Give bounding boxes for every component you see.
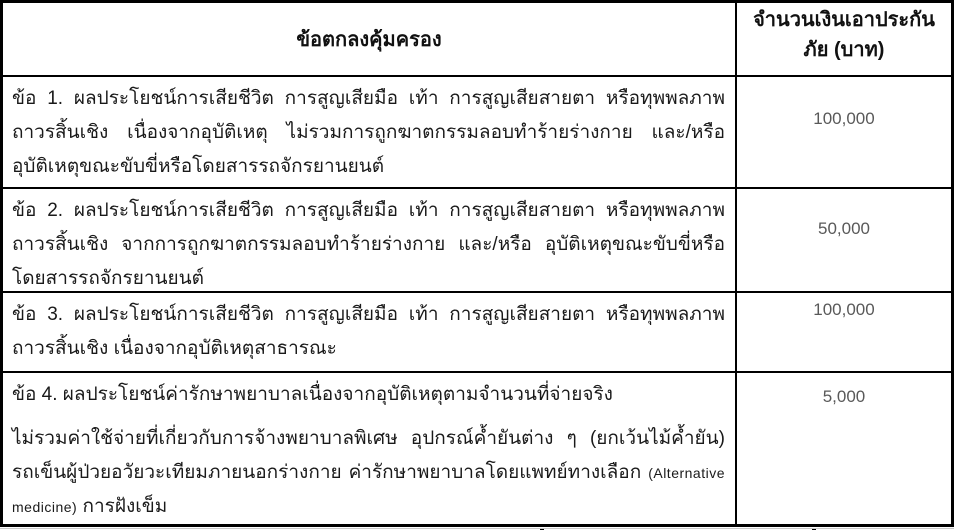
table-row-4-amount-cell: 5,000 <box>735 371 951 524</box>
exclusion-thai-tail: การฝังเข็ม <box>82 496 167 517</box>
amount-1-value: 100,000 <box>813 109 874 128</box>
sum-insured-header-line2: ภัย (บาท) <box>804 35 885 65</box>
exclusion-thai-lead: ไม่รวมค่าใช้จ่ายที่เกี่ยวกับการจ้างพยาบา… <box>12 428 725 483</box>
table-row-1-clause-cell: ข้อ 1. ผลประโยชน์การเสียชีวิต การสูญเสีย… <box>3 75 735 187</box>
clause-3-text: ข้อ 3. ผลประโยชน์การเสียชีวิต การสูญเสีย… <box>12 298 725 366</box>
clause-2-text: ข้อ 2. ผลประโยชน์การเสียชีวิต การสูญเสีย… <box>12 194 725 291</box>
column-header-sum-insured: จำนวนเงินเอาประกัน ภัย (บาท) <box>735 3 951 75</box>
amount-3-value: 100,000 <box>813 300 874 319</box>
sum-insured-header-line1: จำนวนเงินเอาประกัน <box>753 5 935 35</box>
table-row-4-clause-cell: ข้อ 4. ผลประโยชน์ค่ารักษาพยาบาลเนื่องจาก… <box>3 371 735 524</box>
amount-2-value: 50,000 <box>818 219 870 238</box>
coverage-header-label: ข้อตกลงคุ้มครอง <box>296 23 441 55</box>
insurance-coverage-document: ข้อตกลงคุ้มครอง จำนวนเงินเอาประกัน ภัย (… <box>0 0 954 530</box>
clause-1-text: ข้อ 1. ผลประโยชน์การเสียชีวิต การสูญเสีย… <box>12 82 725 184</box>
table-row-2-clause-cell: ข้อ 2. ผลประโยชน์การเสียชีวิต การสูญเสีย… <box>3 187 735 291</box>
clause-4-exclusion-text: ไม่รวมค่าใช้จ่ายที่เกี่ยวกับการจ้างพยาบา… <box>12 422 725 524</box>
column-header-coverage: ข้อตกลงคุ้มครอง <box>3 3 735 75</box>
coverage-table: ข้อตกลงคุ้มครอง จำนวนเงินเอาประกัน ภัย (… <box>0 0 954 527</box>
table-row-3-clause-cell: ข้อ 3. ผลประโยชน์การเสียชีวิต การสูญเสีย… <box>3 291 735 371</box>
clause-4-text: ข้อ 4. ผลประโยชน์ค่ารักษาพยาบาลเนื่องจาก… <box>12 378 725 412</box>
table-row-1-amount-cell: 100,000 <box>735 75 951 187</box>
table-row-2-amount-cell: 50,000 <box>735 187 951 291</box>
table-row-3-amount-cell: 100,000 <box>735 291 951 371</box>
amount-4-value: 5,000 <box>823 387 866 406</box>
